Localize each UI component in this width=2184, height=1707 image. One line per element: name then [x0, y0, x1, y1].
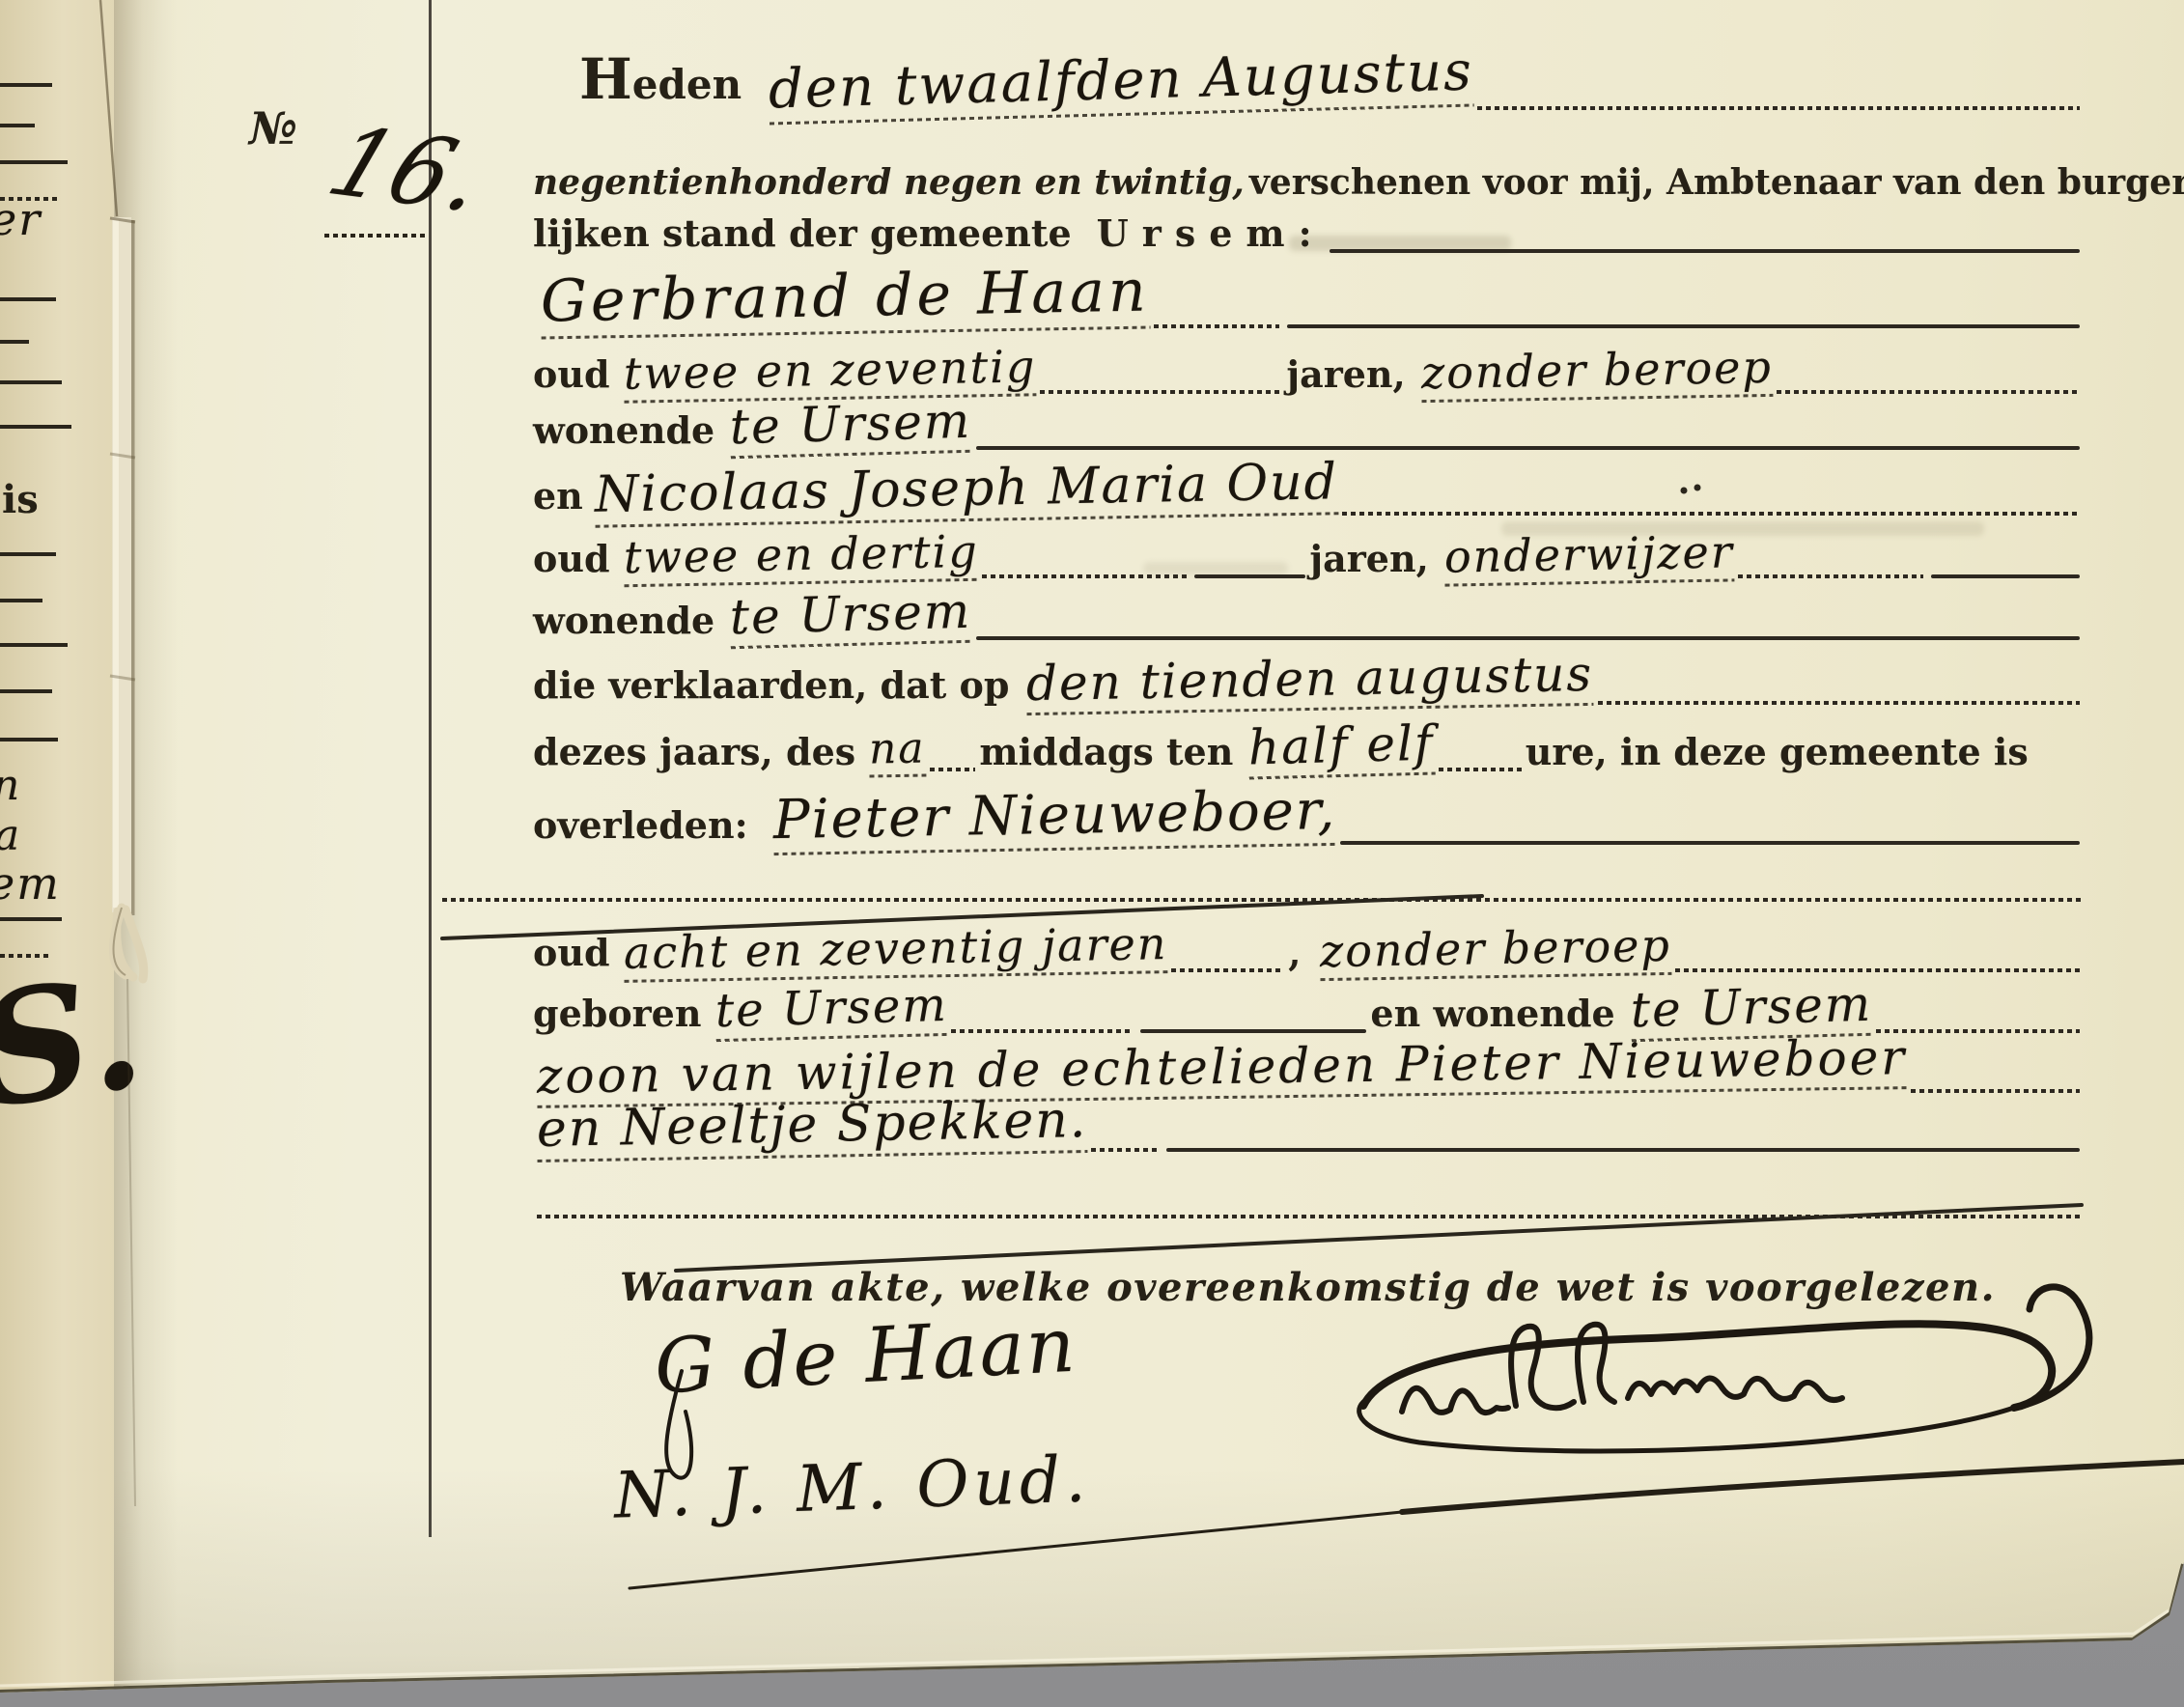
line-declaration-date: die verklaarden, dat op den tienden augu…: [533, 641, 2084, 714]
closing-sentence: Waarvan akte, welke overeenkomstig de we…: [620, 1265, 1996, 1310]
signature-declarant2: N. J. M. Oud.: [613, 1441, 1092, 1532]
line-parents-2: en Neeltje Spekken.: [537, 1088, 2084, 1161]
fill-line: [1330, 249, 2080, 253]
edge-signature-fragment: S.: [0, 940, 154, 1143]
spine-shadow: [114, 0, 178, 1693]
edge-text-fragment: is: [2, 477, 39, 522]
edge-line-fragment: [0, 425, 71, 429]
edge-line-fragment: [0, 689, 52, 693]
death-time-handwritten: half elf: [1248, 714, 1436, 783]
page-edge-highlight: [0, 1610, 2169, 1686]
act-date-handwritten: den twaalfden Augustus: [768, 40, 1474, 128]
en-label: en: [533, 474, 583, 518]
act-number-symbol: №: [249, 102, 297, 154]
fill-line: [1340, 841, 2080, 845]
line-death-time: dezes jaars, des na middags ten half elf…: [533, 708, 2084, 781]
jaren-label: jaren,: [1309, 537, 1428, 580]
daypart-handwritten: na: [869, 723, 927, 781]
act-number-value: 16.: [315, 107, 502, 234]
oud-label: oud: [533, 931, 610, 974]
act-number-underline: [324, 234, 425, 238]
edge-text-fragment: em: [0, 857, 61, 909]
page-edge-line: [0, 1564, 2183, 1692]
fill-line: [976, 446, 2080, 450]
fill-line: [1154, 324, 1279, 328]
edge-line-fragment: [0, 124, 35, 127]
edge-line-fragment: [0, 599, 42, 602]
wonende-label: wonende: [533, 408, 714, 452]
parents-handwritten-2: en Neeltje Spekken.: [536, 1091, 1087, 1166]
edge-line-fragment: [0, 552, 56, 556]
signature-declarant1: G de Haan: [653, 1302, 1078, 1412]
fill-line: [976, 636, 2080, 640]
fill-line: [1166, 1148, 2080, 1152]
blank-line: [537, 1215, 2084, 1218]
dezes-label: dezes jaars, des: [533, 730, 855, 773]
fill-line: [930, 768, 976, 771]
gemeente-name: Ursem:: [1097, 211, 1326, 255]
line-gemeente: lijken stand der gemeente Ursem:: [533, 189, 2084, 263]
edge-line-fragment: [0, 380, 62, 384]
comma-label: ,: [1288, 931, 1301, 974]
fill-line: [1439, 768, 1522, 771]
edge-line-fragment: [0, 643, 68, 647]
oud-label: oud: [533, 537, 610, 580]
edge-line-fragment: [0, 340, 29, 344]
edge-line-fragment: [0, 297, 56, 301]
margin-rule: [429, 0, 432, 1537]
line-heden: Heden den twaalfden Augustus: [579, 46, 2084, 120]
fill-line: [1287, 324, 2080, 328]
edge-line-fragment: [0, 738, 58, 742]
line-declarant1-name: Gerbrand de Haan: [541, 265, 2084, 338]
fill-line: [1598, 701, 2080, 705]
heden-label: Heden: [579, 46, 742, 112]
line-declarant2-residence: wonende te Ursem: [533, 576, 2084, 650]
verklaarden-label: die verklaarden, dat op: [533, 663, 1009, 707]
edge-text-fragment: n: [0, 761, 21, 810]
scanned-death-record: er is n a em S. № 16. Heden den twaalfde…: [0, 0, 2184, 1707]
signature-registrar-flourish: [1359, 1287, 2089, 1451]
overleden-label: overleden:: [533, 803, 748, 847]
line-declarant1-residence: wonende te Ursem: [533, 386, 2084, 460]
fill-line: [1477, 106, 2080, 110]
edge-line-fragment: [0, 917, 62, 921]
blank-line: [442, 898, 2084, 902]
line-deceased-name: overleden: Pieter Nieuweboer,: [533, 781, 2084, 854]
gemeente-label: lijken stand der gemeente: [533, 211, 1072, 255]
wonende-label: wonende: [533, 599, 714, 642]
register-page: er is n a em S. № 16. Heden den twaalfde…: [0, 0, 2184, 1707]
middags-label: middags ten: [979, 730, 1233, 773]
edge-line-fragment: [0, 160, 68, 164]
fill-line: [1091, 1148, 1159, 1152]
edge-line-fragment: [0, 83, 52, 87]
ure-label: ure, in deze gemeente is: [1526, 730, 2029, 773]
edge-text-fragment: a: [0, 811, 21, 860]
edge-text-fragment: er: [0, 193, 42, 245]
deceased-name-handwritten: Pieter Nieuweboer,: [772, 779, 1336, 859]
signature-underline-heavy: [1402, 1462, 2184, 1512]
